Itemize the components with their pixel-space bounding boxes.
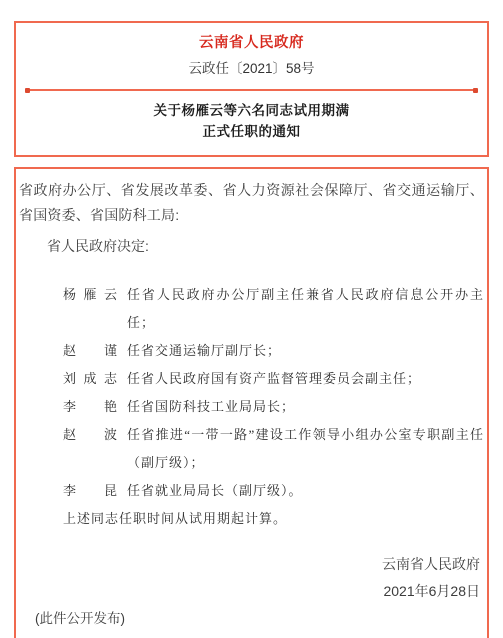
decision-intro: 省人民政府决定: [19,234,484,259]
appointee-duty: 任省推进“一带一路”建设工作领导小组办公室专职副主任（副厅级）； [127,421,484,477]
document-number: 云政任〔2021〕58号 [16,61,487,77]
appointment-row: 刘成志 任省人民政府国有资产监督管理委员会副主任； [63,365,484,393]
appointee-duty: 任省交通运输厅副厅长； [127,337,484,365]
signature-org: 云南省人民政府 [19,551,480,578]
signature-date: 2021年6月28日 [19,578,480,605]
recipients-line: 省政府办公厅、省发展改革委、省人力资源社会保障厅、省交通运输厅、省国资委、省国防… [19,178,484,228]
issuing-authority: 云南省人民政府 [16,34,487,52]
appointment-row: 李 艳 任省国防科技工业局局长； [63,393,484,421]
appointee-name: 李 艳 [63,393,117,421]
appointee-duty: 任省人民政府办公厅副主任兼省人民政府信息公开办主任； [127,281,484,337]
appointment-row: 杨雁云 任省人民政府办公厅副主任兼省人民政府信息公开办主任； [63,281,484,337]
closing-note: 上述同志任职时间从试用期起计算。 [19,505,484,533]
appointee-name: 李 昆 [63,477,117,505]
divider-dot-left-icon [25,88,30,93]
title-line-1: 关于杨雁云等六名同志试用期满 [16,100,487,121]
appointment-row: 赵 谨 任省交通运输厅副厅长； [63,337,484,365]
appointments-list: 杨雁云 任省人民政府办公厅副主任兼省人民政府信息公开办主任； 赵 谨 任省交通运… [19,281,484,505]
appointee-duty: 任省人民政府国有资产监督管理委员会副主任； [127,365,484,393]
header-divider-line [25,89,478,91]
appointment-row: 李 昆 任省就业局局长（副厅级）。 [63,477,484,505]
document: 云南省人民政府 云政任〔2021〕58号 关于杨雁云等六名同志试用期满 正式任职… [0,0,503,638]
signature-block: 云南省人民政府 2021年6月28日 [19,551,484,605]
divider-dot-right-icon [473,88,478,93]
appointee-duty: 任省就业局局长（副厅级）。 [127,477,484,505]
title-line-2: 正式任职的通知 [16,121,487,142]
appointee-duty: 任省国防科技工业局局长； [127,393,484,421]
appointment-row: 赵 波 任省推进“一带一路”建设工作领导小组办公室专职副主任（副厅级）； [63,421,484,477]
appointee-name: 刘成志 [63,365,117,393]
document-header: 云南省人民政府 云政任〔2021〕58号 关于杨雁云等六名同志试用期满 正式任职… [14,21,489,157]
appointee-name: 赵 谨 [63,337,117,365]
appointee-name: 杨雁云 [63,281,117,337]
document-body: 省政府办公厅、省发展改革委、省人力资源社会保障厅、省交通运输厅、省国资委、省国防… [14,167,489,638]
public-release-note: (此件公开发布) [19,609,484,629]
document-title: 关于杨雁云等六名同志试用期满 正式任职的通知 [16,100,487,142]
appointee-name: 赵 波 [63,421,117,477]
